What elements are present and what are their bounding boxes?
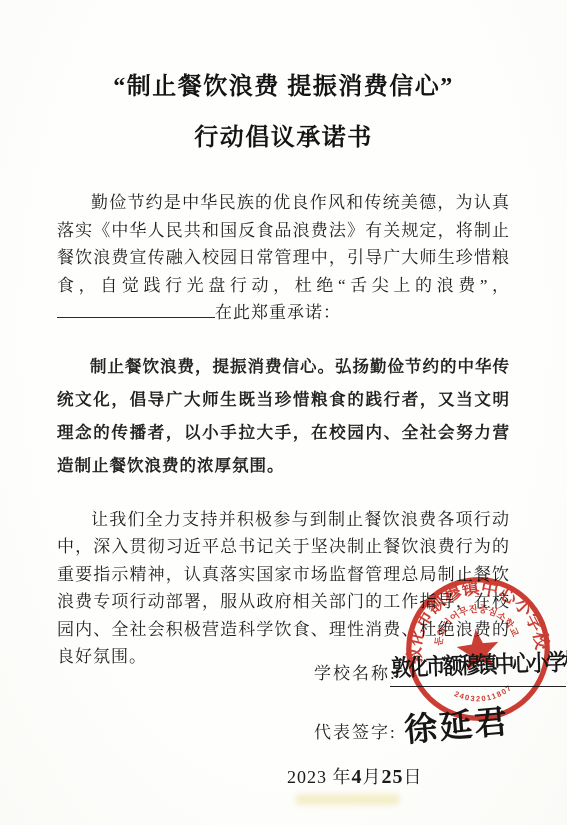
date-year-unit: 年 bbox=[333, 767, 352, 787]
date-day-unit: 日 bbox=[404, 767, 423, 787]
pledge-document-page: “制止餐饮浪费 提振消费信心” 行动倡议承诺书 勤俭节约是中华民族的优良作风和传… bbox=[0, 0, 567, 825]
date-month-unit: 月 bbox=[363, 767, 382, 787]
representative-signature-label: 代表签字: bbox=[314, 718, 397, 743]
date-line: 2023 年4月25日 bbox=[287, 763, 423, 789]
document-title-line1: “制止餐饮浪费 提振消费信心” bbox=[57, 66, 510, 101]
date-day-handwritten: 25 bbox=[382, 766, 404, 788]
school-name-label: 学校名称: bbox=[314, 659, 397, 684]
date-year: 2023 bbox=[287, 767, 327, 787]
paragraph-intro-tail: 在此郑重承诺： bbox=[215, 303, 341, 322]
paragraph-intro: 勤俭节约是中华民族的优良作风和传统美德，为认真落实《中华人民共和国反食品浪费法》… bbox=[57, 189, 510, 327]
paragraph-intro-text: 勤俭节约是中华民族的优良作风和传统美德，为认真落实《中华人民共和国反食品浪费法》… bbox=[57, 193, 510, 295]
highlight-smudge bbox=[295, 794, 400, 805]
document-body: “制止餐饮浪费 提振消费信心” 行动倡议承诺书 勤俭节约是中华民族的优良作风和传… bbox=[57, 0, 510, 671]
fill-in-blank-underline bbox=[57, 300, 215, 318]
document-title-line2: 行动倡议承诺书 bbox=[57, 117, 510, 152]
paragraph-pledge-bold: 制止餐饮浪费，提振消费信心。弘扬勤俭节约的中华传统文化，倡导广大师生既当珍惜粮食… bbox=[57, 351, 510, 483]
school-name-handwritten: 敦化市额穆镇中心小学校 bbox=[391, 645, 543, 683]
date-month-handwritten: 4 bbox=[352, 766, 363, 788]
representative-signature-handwritten: 徐延君 bbox=[402, 696, 511, 752]
